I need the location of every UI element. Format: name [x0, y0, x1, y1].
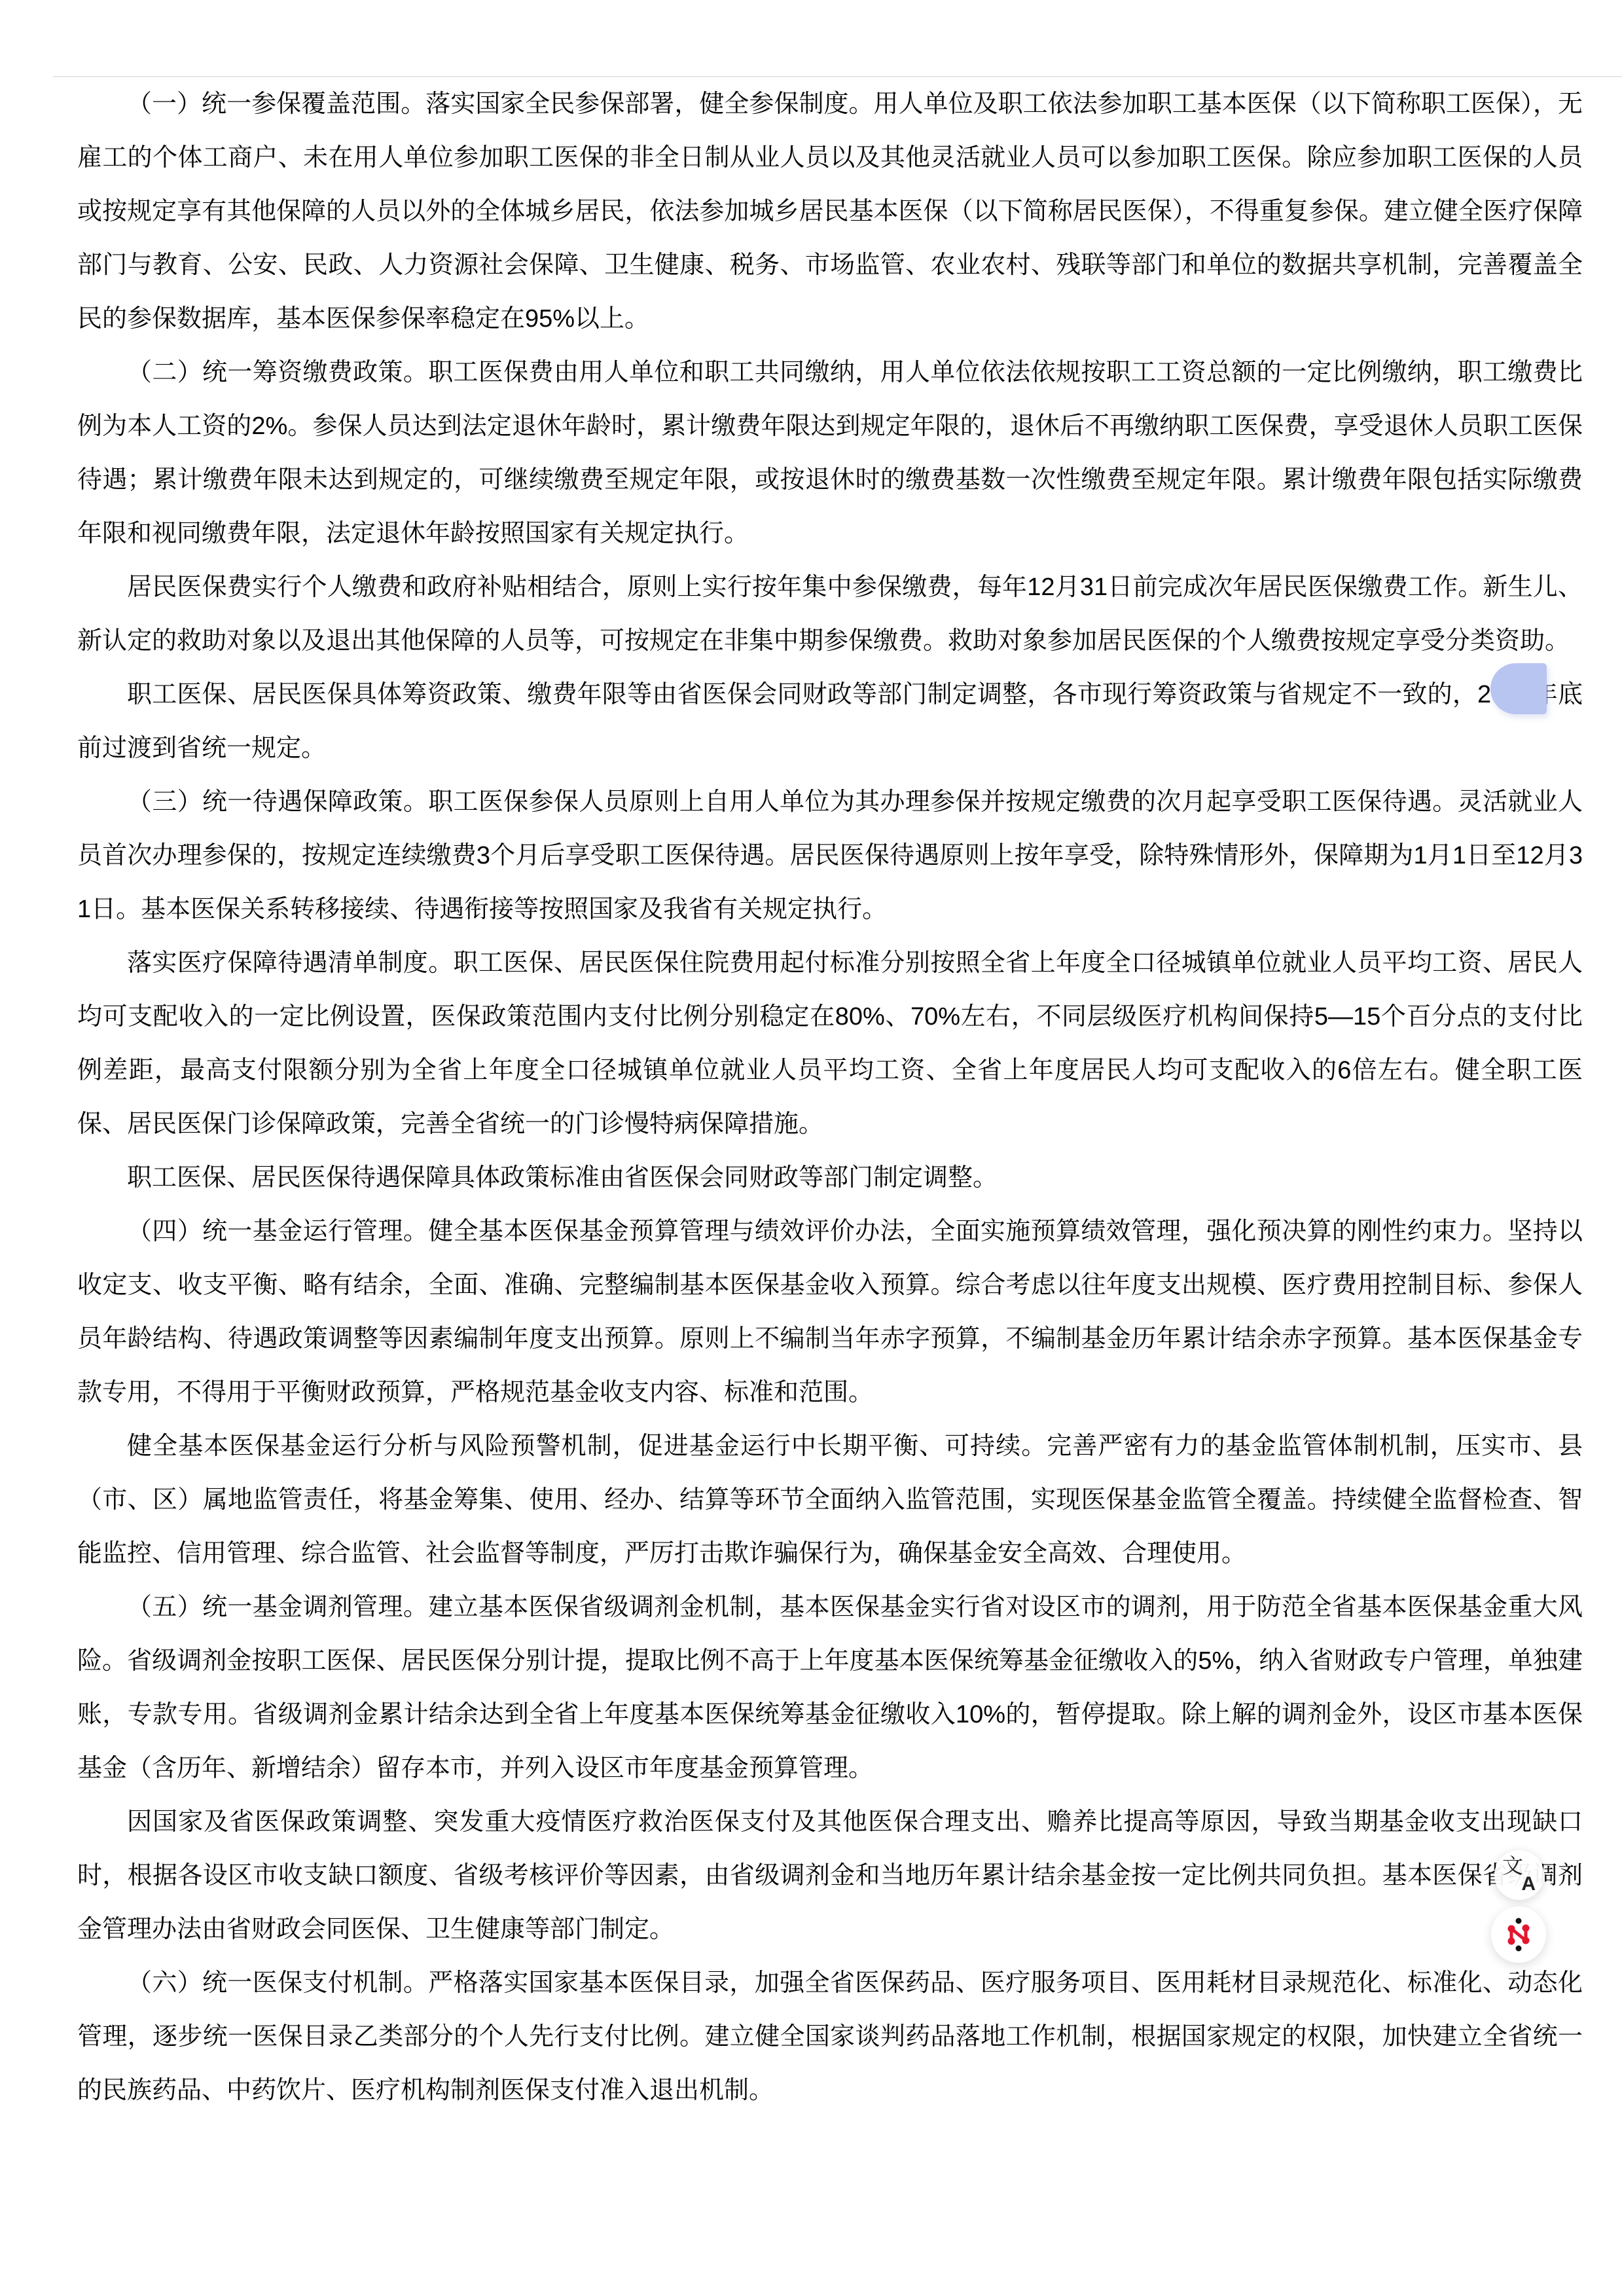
- document-body: （一）统一参保覆盖范围。落实国家全民参保部署，健全参保制度。用人单位及职工依法参…: [77, 77, 1583, 2117]
- network-graph-icon: [1502, 1917, 1535, 1952]
- paragraph-fund-operation: （四）统一基金运行管理。健全基本医保基金预算管理与绩效评价办法，全面实施预算绩效…: [77, 1205, 1583, 1419]
- paragraph-financing-policy: （二）统一筹资缴费政策。职工医保费由用人单位和职工共同缴纳，用人单位依法依规按职…: [77, 346, 1583, 560]
- paragraph-transition-2025: 职工医保、居民医保具体筹资政策、缴费年限等由省医保会同财政等部门制定调整，各市现…: [77, 668, 1583, 775]
- paragraph-payment-mechanism: （六）统一医保支付机制。严格落实国家基本医保目录，加强全省医保药品、医疗服务项目…: [77, 1956, 1583, 2117]
- paragraph-resident-payment: 居民医保费实行个人缴费和政府补贴相结合，原则上实行按年集中参保缴费，每年12月3…: [77, 560, 1583, 668]
- paragraph-coverage: （一）统一参保覆盖范围。落实国家全民参保部署，健全参保制度。用人单位及职工依法参…: [77, 77, 1583, 346]
- document-page: （一）统一参保覆盖范围。落实国家全民参保部署，健全参保制度。用人单位及职工依法参…: [0, 0, 1622, 2296]
- paragraph-fund-supervision: 健全基本医保基金运行分析与风险预警机制，促进基金运行中长期平衡、可持续。完善严密…: [77, 1419, 1583, 1580]
- translate-button[interactable]: 文 A: [1494, 1850, 1544, 1900]
- paragraph-benefit-list: 落实医疗保障待遇清单制度。职工医保、居民医保住院费用起付标准分别按照全省上年度全…: [77, 936, 1583, 1151]
- extension-button[interactable]: [1491, 1906, 1546, 1963]
- translate-icon-letter: A: [1521, 1874, 1536, 1894]
- paragraph-benefit-standards: 职工医保、居民医保待遇保障具体政策标准由省医保会同财政等部门制定调整。: [77, 1151, 1583, 1205]
- paragraph-fund-adjustment: （五）统一基金调剂管理。建立基本医保省级调剂金机制，基本医保基金实行省对设区市的…: [77, 1580, 1583, 1795]
- translate-icon: 文: [1502, 1855, 1523, 1876]
- paragraph-gap-sharing: 因国家及省医保政策调整、突发重大疫情医疗救治医保支付及其他医保合理支出、赡养比提…: [77, 1795, 1583, 1956]
- blue-highlight-mark: [1490, 663, 1547, 714]
- paragraph-benefit-policy: （三）统一待遇保障政策。职工医保参保人员原则上自用人单位为其办理参保并按规定缴费…: [77, 775, 1583, 936]
